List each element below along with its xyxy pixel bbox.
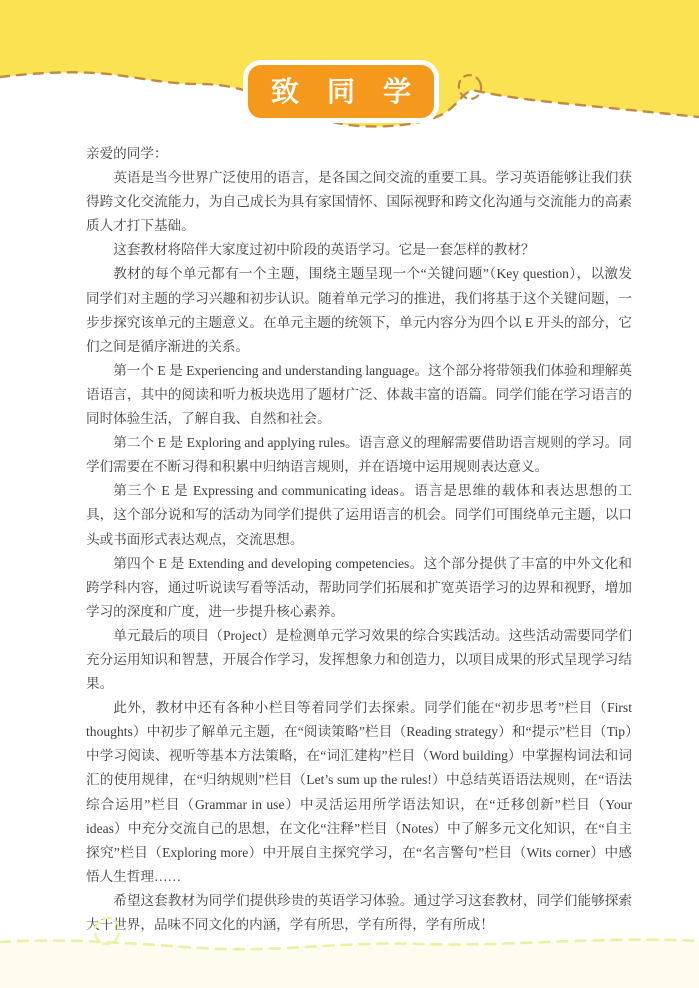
letter-paragraph: 单元最后的项目（Project）是检测单元学习效果的综合实践活动。这些活动需要同… xyxy=(86,624,632,696)
letter-paragraph: 第三个 E 是 Expressing and communicating ide… xyxy=(86,479,632,551)
letter-paragraph: 教材的每个单元都有一个主题，围绕主题呈现一个“关键问题”（Key questio… xyxy=(86,262,632,358)
page-title-banner-fill: 致 同 学 xyxy=(248,65,434,118)
letter-body: 亲爱的同学： 英语是当今世界广泛使用的语言，是各国之间交流的重要工具。学习英语能… xyxy=(86,142,632,937)
letter-paragraph: 第一个 E 是 Experiencing and understanding l… xyxy=(86,359,632,431)
letter-paragraph: 此外，教材中还有各种小栏目等着同学们去探索。同学们能在“初步思考”栏目（Firs… xyxy=(86,696,632,889)
salutation: 亲爱的同学： xyxy=(86,142,632,166)
letter-paragraph: 第四个 E 是 Extending and developing compete… xyxy=(86,552,632,624)
page-title: 致 同 学 xyxy=(271,78,411,106)
letter-paragraph: 英语是当今世界广泛使用的语言，是各国之间交流的重要工具。学习英语能够让我们获得跨… xyxy=(86,166,632,238)
footer-wave xyxy=(0,905,699,988)
footer-cream-area xyxy=(0,940,699,988)
letter-paragraph: 第二个 E 是 Exploring and applying rules。语言意… xyxy=(86,431,632,479)
page-title-banner: 致 同 学 xyxy=(243,60,439,123)
letter-paragraph: 这套教材将陪伴大家度过初中阶段的英语学习。它是一套怎样的教材？ xyxy=(86,238,632,262)
